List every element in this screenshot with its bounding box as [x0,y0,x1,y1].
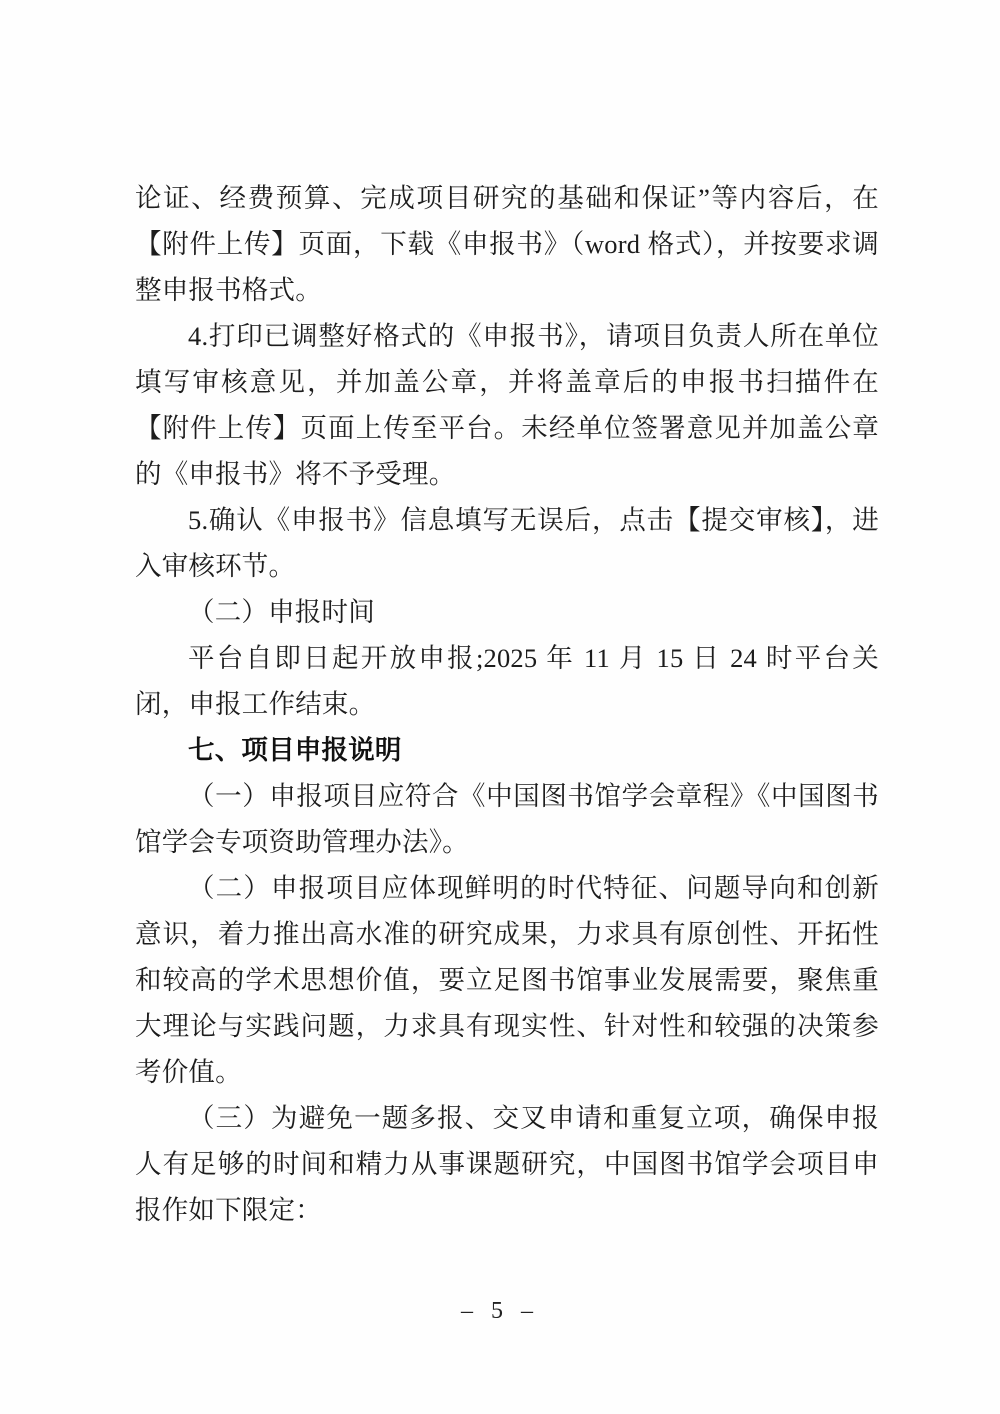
page-footer: – 5 – [0,1298,1000,1325]
paragraph-note-1-charter-compliance: （一）申报项目应符合《中国图书馆学会章程》《中国图书馆学会专项资助管理办法》。 [135,773,879,865]
heading-section-7-application-notes: 七、项目申报说明 [135,727,879,773]
document-body: 论证、经费预算、完成项目研究的基础和保证”等内容后，在【附件上传】页面，下载《申… [135,175,879,1233]
paragraph-note-3-duplicate-restrictions: （三）为避免一题多报、交叉申请和重复立项，确保申报人有足够的时间和精力从事课题研… [135,1095,879,1233]
paragraph-download-format-continuation: 论证、经费预算、完成项目研究的基础和保证”等内容后，在【附件上传】页面，下载《申… [135,175,879,313]
paragraph-platform-schedule: 平台自即日起开放申报;2025 年 11 月 15 日 24 时平台关闭，申报工… [135,635,879,727]
paragraph-step-5-submit-review: 5.确认《申报书》信息填写无误后，点击【提交审核】，进入审核环节。 [135,497,879,589]
document-page: 论证、经费预算、完成项目研究的基础和保证”等内容后，在【附件上传】页面，下载《申… [0,0,1000,1414]
paragraph-note-2-project-quality: （二）申报项目应体现鲜明的时代特征、问题导向和创新意识，着力推出高水准的研究成果… [135,865,879,1095]
paragraph-step-4-print-and-stamp: 4.打印已调整好格式的《申报书》，请项目负责人所在单位填写审核意见，并加盖公章，… [135,313,879,497]
subheading-application-time: （二）申报时间 [135,589,879,635]
page-number: – 5 – [461,1298,539,1324]
